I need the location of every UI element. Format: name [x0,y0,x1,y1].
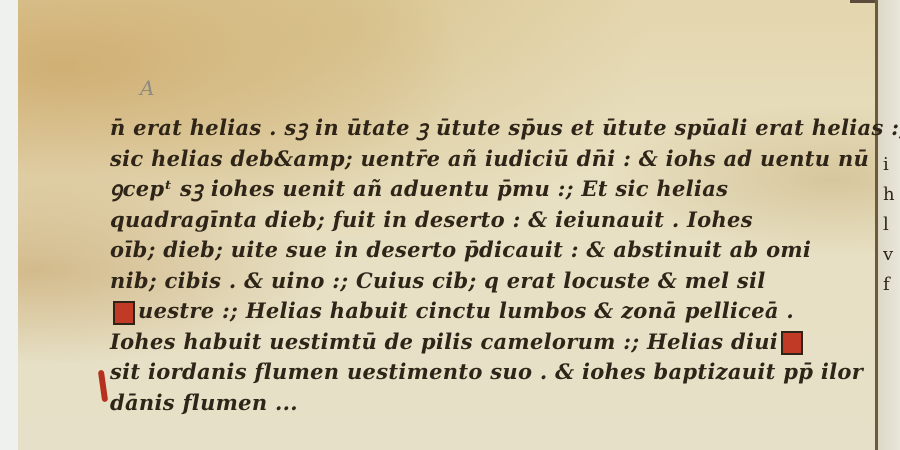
rubric-initial-h-icon [113,301,135,325]
text-line: sit iordanis flumen uestimento suo . & i… [110,357,830,388]
facing-page-letters: i h l v f [883,150,900,300]
text-line: Iohes habuit uestimtū de pilis camelorum… [110,327,830,358]
marginal-mark: A [140,76,154,100]
text-line: quadragīnta dieb; fuit in deserto : & ie… [110,205,830,236]
manuscript-text-block: n̄ erat helias . sꝫ in ūtate ꝫ ūtute sp̄… [110,113,830,418]
background-margin [0,0,18,450]
text-line: ꝯcepᵗ sꝫ iohes uenit añ aduentu p̄mu :; … [110,174,830,205]
text-line: n̄ erat helias . sꝫ in ūtate ꝫ ūtute sp̄… [110,113,830,144]
text-line: sic helias deb&amp; uentr̄e añ iudiciū d… [110,144,830,175]
text-line: nib; cibis . & uino :; Cuius cib; q erat… [110,266,830,297]
text-line: oīb; dieb; uite sue in deserto p̄dicauit… [110,235,830,266]
text-line: uestre :; Helias habuit cinctu lumbos & … [110,296,830,327]
text-line: dānis flumen ... [110,388,830,419]
rubric-initial-h-icon [781,331,803,355]
